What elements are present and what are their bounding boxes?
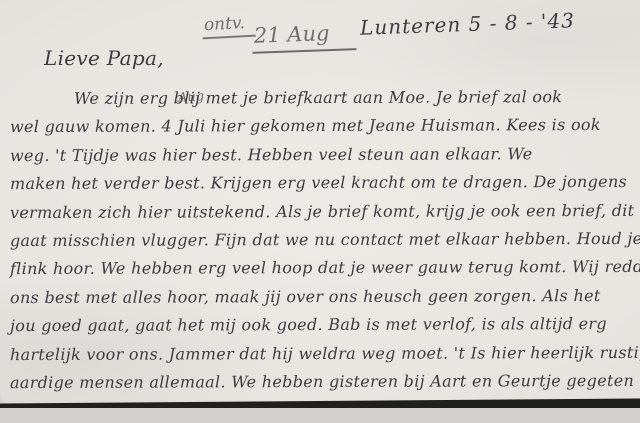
dateline: Lunteren 5 - 8 - '43: [360, 8, 576, 39]
salutation: Lieve Papa,: [44, 46, 164, 70]
handwriting-line: hartelijk voor ons. Jammer dat hij weldr…: [10, 339, 634, 370]
handwriting-line: wel gauw komen. 4 Juli hier gekomen met …: [10, 111, 634, 142]
handwriting-line: jou goed gaat, gaat het mij ook goed. Ba…: [10, 310, 634, 341]
handwriting-line: aardige mensen allemaal. We hebben giste…: [10, 367, 634, 398]
handwriting-line: flink hoor. We hebben erg veel hoop dat …: [10, 253, 634, 284]
handwriting-line: weg. 't Tijdje was hier best. Hebben vee…: [10, 140, 634, 171]
handwriting-line: We zijn erg blij met je briefkaart aan M…: [10, 83, 634, 114]
scan-background-strip: [0, 408, 640, 423]
letter-body: Aug We zijn erg blij met je briefkaart a…: [10, 84, 634, 423]
postcard-paper: ontv. 21 Aug Lunteren 5 - 8 - '43 Lieve …: [0, 0, 640, 407]
handwriting-line: gaat misschien vlugger. Fijn dat we nu c…: [10, 225, 634, 256]
handwriting-line: ons best met alles hoor, maak jij over o…: [10, 282, 634, 313]
scanned-postcard: ontv. 21 Aug Lunteren 5 - 8 - '43 Lieve …: [0, 0, 640, 423]
handwriting-line: maken het verder best. Krijgen erg veel …: [10, 168, 634, 199]
handwriting-line: vermaken zich hier uitstekend. Als je br…: [10, 197, 634, 228]
received-annotation: ontv.: [201, 13, 255, 40]
received-date-annotation: 21 Aug: [252, 20, 357, 54]
